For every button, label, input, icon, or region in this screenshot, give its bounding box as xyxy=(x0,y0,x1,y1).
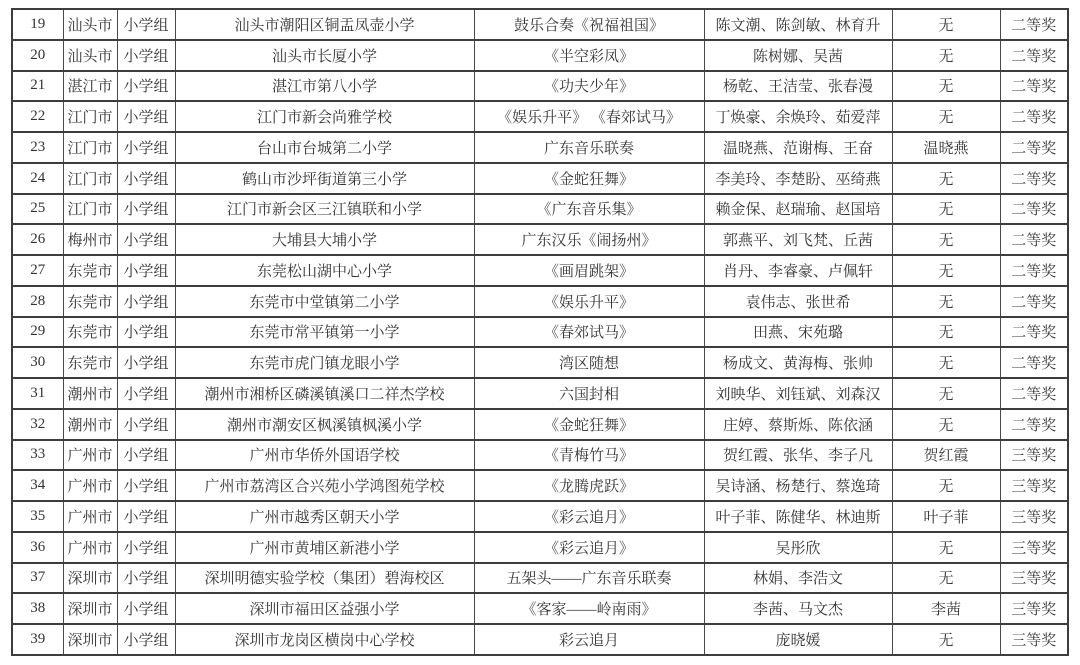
cell-school: 东莞市虎门镇龙眼小学 xyxy=(175,347,474,378)
cell-school: 深圳明德实验学校（集团）碧海校区 xyxy=(175,563,474,594)
award-results-table: 19 汕头市 小学组 汕头市潮阳区铜盂凤壶小学 鼓乐合奏《祝福祖国》 陈文潮、陈… xyxy=(11,8,1069,656)
cell-city: 东莞市 xyxy=(63,317,117,348)
cell-group: 小学组 xyxy=(117,378,175,409)
cell-group: 小学组 xyxy=(117,286,175,317)
document-page: 19 汕头市 小学组 汕头市潮阳区铜盂凤壶小学 鼓乐合奏《祝福祖国》 陈文潮、陈… xyxy=(0,0,1080,665)
cell-instructor: 温晓燕 xyxy=(892,132,1000,163)
cell-serial-number: 39 xyxy=(12,624,63,655)
cell-serial-number: 23 xyxy=(12,132,63,163)
cell-award-level: 二等奖 xyxy=(1000,286,1068,317)
cell-performers: 杨乾、王洁莹、张春漫 xyxy=(704,71,892,102)
cell-city: 深圳市 xyxy=(63,624,117,655)
cell-school: 深圳市福田区益强小学 xyxy=(175,593,474,624)
table-row: 23 江门市 小学组 台山市台城第二小学 广东音乐联奏 温晓燕、范谢梅、王奋 温… xyxy=(12,132,1068,163)
cell-program-title: 《广东音乐集》 xyxy=(474,194,704,225)
cell-serial-number: 19 xyxy=(12,9,63,40)
cell-city: 东莞市 xyxy=(63,255,117,286)
cell-program-title: 《龙腾虎跃》 xyxy=(474,470,704,501)
table-row: 21 湛江市 小学组 湛江市第八小学 《功夫少年》 杨乾、王洁莹、张春漫 无 二… xyxy=(12,71,1068,102)
cell-group: 小学组 xyxy=(117,71,175,102)
cell-instructor: 无 xyxy=(892,347,1000,378)
cell-performers: 林娟、李浩文 xyxy=(704,563,892,594)
cell-instructor: 无 xyxy=(892,286,1000,317)
cell-school: 汕头市长厦小学 xyxy=(175,40,474,71)
cell-school: 广州市黄埔区新港小学 xyxy=(175,532,474,563)
cell-serial-number: 35 xyxy=(12,501,63,532)
cell-school: 潮州市湘桥区磷溪镇溪口二祥杰学校 xyxy=(175,378,474,409)
cell-city: 广州市 xyxy=(63,470,117,501)
cell-program-title: 鼓乐合奏《祝福祖国》 xyxy=(474,9,704,40)
cell-award-level: 二等奖 xyxy=(1000,132,1068,163)
cell-group: 小学组 xyxy=(117,132,175,163)
cell-group: 小学组 xyxy=(117,347,175,378)
cell-program-title: 《金蛇狂舞》 xyxy=(474,163,704,194)
cell-instructor: 无 xyxy=(892,101,1000,132)
table-row: 27 东莞市 小学组 东莞松山湖中心小学 《画眉跳架》 肖丹、李睿豪、卢佩轩 无… xyxy=(12,255,1068,286)
cell-performers: 陈文潮、陈剑敏、林育升 xyxy=(704,9,892,40)
cell-school: 汕头市潮阳区铜盂凤壶小学 xyxy=(175,9,474,40)
table-row: 30 东莞市 小学组 东莞市虎门镇龙眼小学 湾区随想 杨成文、黄海梅、张帅 无 … xyxy=(12,347,1068,378)
cell-instructor: 叶子菲 xyxy=(892,501,1000,532)
cell-city: 东莞市 xyxy=(63,286,117,317)
cell-award-level: 三等奖 xyxy=(1000,532,1068,563)
cell-serial-number: 21 xyxy=(12,71,63,102)
cell-group: 小学组 xyxy=(117,593,175,624)
cell-group: 小学组 xyxy=(117,9,175,40)
cell-serial-number: 33 xyxy=(12,440,63,471)
cell-program-title: 《金蛇狂舞》 xyxy=(474,409,704,440)
cell-program-title: 《彩云追月》 xyxy=(474,501,704,532)
cell-group: 小学组 xyxy=(117,317,175,348)
cell-serial-number: 20 xyxy=(12,40,63,71)
cell-program-title: 《客家——岭南雨》 xyxy=(474,593,704,624)
cell-instructor: 无 xyxy=(892,40,1000,71)
cell-school: 东莞市中堂镇第二小学 xyxy=(175,286,474,317)
cell-performers: 田燕、宋苑璐 xyxy=(704,317,892,348)
cell-performers: 陈树娜、吴茜 xyxy=(704,40,892,71)
cell-serial-number: 28 xyxy=(12,286,63,317)
cell-instructor: 无 xyxy=(892,470,1000,501)
cell-city: 广州市 xyxy=(63,440,117,471)
cell-award-level: 三等奖 xyxy=(1000,593,1068,624)
table-row: 36 广州市 小学组 广州市黄埔区新港小学 《彩云追月》 吴彤欣 无 三等奖 xyxy=(12,532,1068,563)
cell-performers: 杨成文、黄海梅、张帅 xyxy=(704,347,892,378)
cell-performers: 袁伟志、张世希 xyxy=(704,286,892,317)
cell-award-level: 二等奖 xyxy=(1000,378,1068,409)
cell-school: 江门市新会尚雅学校 xyxy=(175,101,474,132)
table-row: 29 东莞市 小学组 东莞市常平镇第一小学 《春郊试马》 田燕、宋苑璐 无 二等… xyxy=(12,317,1068,348)
cell-award-level: 二等奖 xyxy=(1000,317,1068,348)
cell-performers: 吴诗涵、杨楚行、蔡逸琦 xyxy=(704,470,892,501)
table-row: 24 江门市 小学组 鹤山市沙坪街道第三小学 《金蛇狂舞》 李美玲、李楚盼、巫绮… xyxy=(12,163,1068,194)
cell-city: 广州市 xyxy=(63,532,117,563)
cell-program-title: 广东汉乐《闹扬州》 xyxy=(474,224,704,255)
cell-performers: 肖丹、李睿豪、卢佩轩 xyxy=(704,255,892,286)
cell-school: 台山市台城第二小学 xyxy=(175,132,474,163)
cell-program-title: 《娱乐升平》 《春郊试马》 xyxy=(474,101,704,132)
cell-instructor: 无 xyxy=(892,378,1000,409)
cell-award-level: 二等奖 xyxy=(1000,409,1068,440)
cell-instructor: 无 xyxy=(892,317,1000,348)
cell-program-title: 《功夫少年》 xyxy=(474,71,704,102)
cell-program-title: 《半空彩凤》 xyxy=(474,40,704,71)
cell-serial-number: 38 xyxy=(12,593,63,624)
cell-instructor: 李茜 xyxy=(892,593,1000,624)
cell-city: 深圳市 xyxy=(63,563,117,594)
cell-performers: 吴彤欣 xyxy=(704,532,892,563)
cell-program-title: 彩云追月 xyxy=(474,624,704,655)
cell-serial-number: 36 xyxy=(12,532,63,563)
cell-city: 江门市 xyxy=(63,101,117,132)
cell-serial-number: 27 xyxy=(12,255,63,286)
cell-city: 潮州市 xyxy=(63,409,117,440)
cell-city: 江门市 xyxy=(63,194,117,225)
cell-award-level: 二等奖 xyxy=(1000,163,1068,194)
cell-serial-number: 37 xyxy=(12,563,63,594)
cell-award-level: 二等奖 xyxy=(1000,101,1068,132)
table-body: 19 汕头市 小学组 汕头市潮阳区铜盂凤壶小学 鼓乐合奏《祝福祖国》 陈文潮、陈… xyxy=(12,9,1068,655)
cell-city: 汕头市 xyxy=(63,9,117,40)
table-row: 22 江门市 小学组 江门市新会尚雅学校 《娱乐升平》 《春郊试马》 丁焕豪、余… xyxy=(12,101,1068,132)
cell-city: 江门市 xyxy=(63,132,117,163)
cell-school: 广州市华侨外国语学校 xyxy=(175,440,474,471)
cell-award-level: 三等奖 xyxy=(1000,470,1068,501)
cell-school: 大埔县大埔小学 xyxy=(175,224,474,255)
table-row: 35 广州市 小学组 广州市越秀区朝天小学 《彩云追月》 叶子菲、陈健华、林迪斯… xyxy=(12,501,1068,532)
cell-award-level: 三等奖 xyxy=(1000,624,1068,655)
cell-performers: 刘映华、刘钰斌、刘森汉 xyxy=(704,378,892,409)
cell-serial-number: 26 xyxy=(12,224,63,255)
cell-instructor: 无 xyxy=(892,163,1000,194)
cell-performers: 李茜、马文杰 xyxy=(704,593,892,624)
cell-school: 广州市荔湾区合兴苑小学鸿图苑学校 xyxy=(175,470,474,501)
table-row: 37 深圳市 小学组 深圳明德实验学校（集团）碧海校区 五架头——广东音乐联奏 … xyxy=(12,563,1068,594)
cell-instructor: 无 xyxy=(892,563,1000,594)
cell-group: 小学组 xyxy=(117,440,175,471)
cell-instructor: 无 xyxy=(892,194,1000,225)
cell-program-title: 《春郊试马》 xyxy=(474,317,704,348)
table-row: 28 东莞市 小学组 东莞市中堂镇第二小学 《娱乐升平》 袁伟志、张世希 无 二… xyxy=(12,286,1068,317)
table-row: 19 汕头市 小学组 汕头市潮阳区铜盂凤壶小学 鼓乐合奏《祝福祖国》 陈文潮、陈… xyxy=(12,9,1068,40)
cell-city: 汕头市 xyxy=(63,40,117,71)
cell-performers: 庄婷、蔡斯烁、陈依涵 xyxy=(704,409,892,440)
cell-award-level: 二等奖 xyxy=(1000,71,1068,102)
cell-group: 小学组 xyxy=(117,163,175,194)
cell-group: 小学组 xyxy=(117,409,175,440)
table-row: 39 深圳市 小学组 深圳市龙岗区横岗中心学校 彩云追月 庞晓媛 无 三等奖 xyxy=(12,624,1068,655)
cell-program-title: 六国封相 xyxy=(474,378,704,409)
cell-performers: 温晓燕、范谢梅、王奋 xyxy=(704,132,892,163)
table-row: 33 广州市 小学组 广州市华侨外国语学校 《青梅竹马》 贺红霞、张华、李子凡 … xyxy=(12,440,1068,471)
cell-serial-number: 34 xyxy=(12,470,63,501)
cell-performers: 李美玲、李楚盼、巫绮燕 xyxy=(704,163,892,194)
cell-group: 小学组 xyxy=(117,101,175,132)
cell-city: 广州市 xyxy=(63,501,117,532)
cell-group: 小学组 xyxy=(117,470,175,501)
cell-group: 小学组 xyxy=(117,624,175,655)
cell-city: 江门市 xyxy=(63,163,117,194)
cell-city: 深圳市 xyxy=(63,593,117,624)
cell-performers: 赖金保、赵瑞瑜、赵国培 xyxy=(704,194,892,225)
table-row: 38 深圳市 小学组 深圳市福田区益强小学 《客家——岭南雨》 李茜、马文杰 李… xyxy=(12,593,1068,624)
cell-school: 鹤山市沙坪街道第三小学 xyxy=(175,163,474,194)
cell-award-level: 二等奖 xyxy=(1000,40,1068,71)
cell-program-title: 《娱乐升平》 xyxy=(474,286,704,317)
cell-award-level: 二等奖 xyxy=(1000,224,1068,255)
cell-award-level: 三等奖 xyxy=(1000,501,1068,532)
cell-program-title: 广东音乐联奏 xyxy=(474,132,704,163)
cell-school: 广州市越秀区朝天小学 xyxy=(175,501,474,532)
table-row: 34 广州市 小学组 广州市荔湾区合兴苑小学鸿图苑学校 《龙腾虎跃》 吴诗涵、杨… xyxy=(12,470,1068,501)
table-row: 25 江门市 小学组 江门市新会区三江镇联和小学 《广东音乐集》 赖金保、赵瑞瑜… xyxy=(12,194,1068,225)
table-row: 31 潮州市 小学组 潮州市湘桥区磷溪镇溪口二祥杰学校 六国封相 刘映华、刘钰斌… xyxy=(12,378,1068,409)
cell-performers: 郭燕平、刘飞梵、丘茜 xyxy=(704,224,892,255)
cell-performers: 叶子菲、陈健华、林迪斯 xyxy=(704,501,892,532)
cell-group: 小学组 xyxy=(117,501,175,532)
table-row: 20 汕头市 小学组 汕头市长厦小学 《半空彩凤》 陈树娜、吴茜 无 二等奖 xyxy=(12,40,1068,71)
cell-instructor: 无 xyxy=(892,255,1000,286)
cell-program-title: 《彩云追月》 xyxy=(474,532,704,563)
cell-school: 东莞松山湖中心小学 xyxy=(175,255,474,286)
table-row: 26 梅州市 小学组 大埔县大埔小学 广东汉乐《闹扬州》 郭燕平、刘飞梵、丘茜 … xyxy=(12,224,1068,255)
cell-serial-number: 25 xyxy=(12,194,63,225)
cell-group: 小学组 xyxy=(117,532,175,563)
cell-instructor: 无 xyxy=(892,409,1000,440)
cell-group: 小学组 xyxy=(117,40,175,71)
cell-group: 小学组 xyxy=(117,255,175,286)
cell-instructor: 无 xyxy=(892,624,1000,655)
cell-award-level: 三等奖 xyxy=(1000,440,1068,471)
cell-serial-number: 24 xyxy=(12,163,63,194)
cell-serial-number: 29 xyxy=(12,317,63,348)
cell-city: 潮州市 xyxy=(63,378,117,409)
cell-instructor: 无 xyxy=(892,532,1000,563)
cell-group: 小学组 xyxy=(117,194,175,225)
cell-serial-number: 22 xyxy=(12,101,63,132)
cell-instructor: 无 xyxy=(892,9,1000,40)
cell-school: 潮州市潮安区枫溪镇枫溪小学 xyxy=(175,409,474,440)
cell-program-title: 五架头——广东音乐联奏 xyxy=(474,563,704,594)
cell-instructor: 贺红霞 xyxy=(892,440,1000,471)
cell-serial-number: 31 xyxy=(12,378,63,409)
cell-performers: 庞晓媛 xyxy=(704,624,892,655)
cell-school: 湛江市第八小学 xyxy=(175,71,474,102)
cell-award-level: 三等奖 xyxy=(1000,563,1068,594)
table-row: 32 潮州市 小学组 潮州市潮安区枫溪镇枫溪小学 《金蛇狂舞》 庄婷、蔡斯烁、陈… xyxy=(12,409,1068,440)
cell-instructor: 无 xyxy=(892,224,1000,255)
cell-school: 东莞市常平镇第一小学 xyxy=(175,317,474,348)
cell-award-level: 二等奖 xyxy=(1000,347,1068,378)
cell-serial-number: 32 xyxy=(12,409,63,440)
cell-award-level: 二等奖 xyxy=(1000,9,1068,40)
cell-program-title: 湾区随想 xyxy=(474,347,704,378)
cell-group: 小学组 xyxy=(117,563,175,594)
cell-school: 深圳市龙岗区横岗中心学校 xyxy=(175,624,474,655)
cell-city: 东莞市 xyxy=(63,347,117,378)
cell-city: 梅州市 xyxy=(63,224,117,255)
cell-program-title: 《青梅竹马》 xyxy=(474,440,704,471)
cell-school: 江门市新会区三江镇联和小学 xyxy=(175,194,474,225)
cell-performers: 贺红霞、张华、李子凡 xyxy=(704,440,892,471)
cell-serial-number: 30 xyxy=(12,347,63,378)
cell-performers: 丁焕豪、余焕玲、茹爱萍 xyxy=(704,101,892,132)
cell-group: 小学组 xyxy=(117,224,175,255)
cell-city: 湛江市 xyxy=(63,71,117,102)
cell-award-level: 二等奖 xyxy=(1000,255,1068,286)
cell-award-level: 二等奖 xyxy=(1000,194,1068,225)
cell-program-title: 《画眉跳架》 xyxy=(474,255,704,286)
cell-instructor: 无 xyxy=(892,71,1000,102)
